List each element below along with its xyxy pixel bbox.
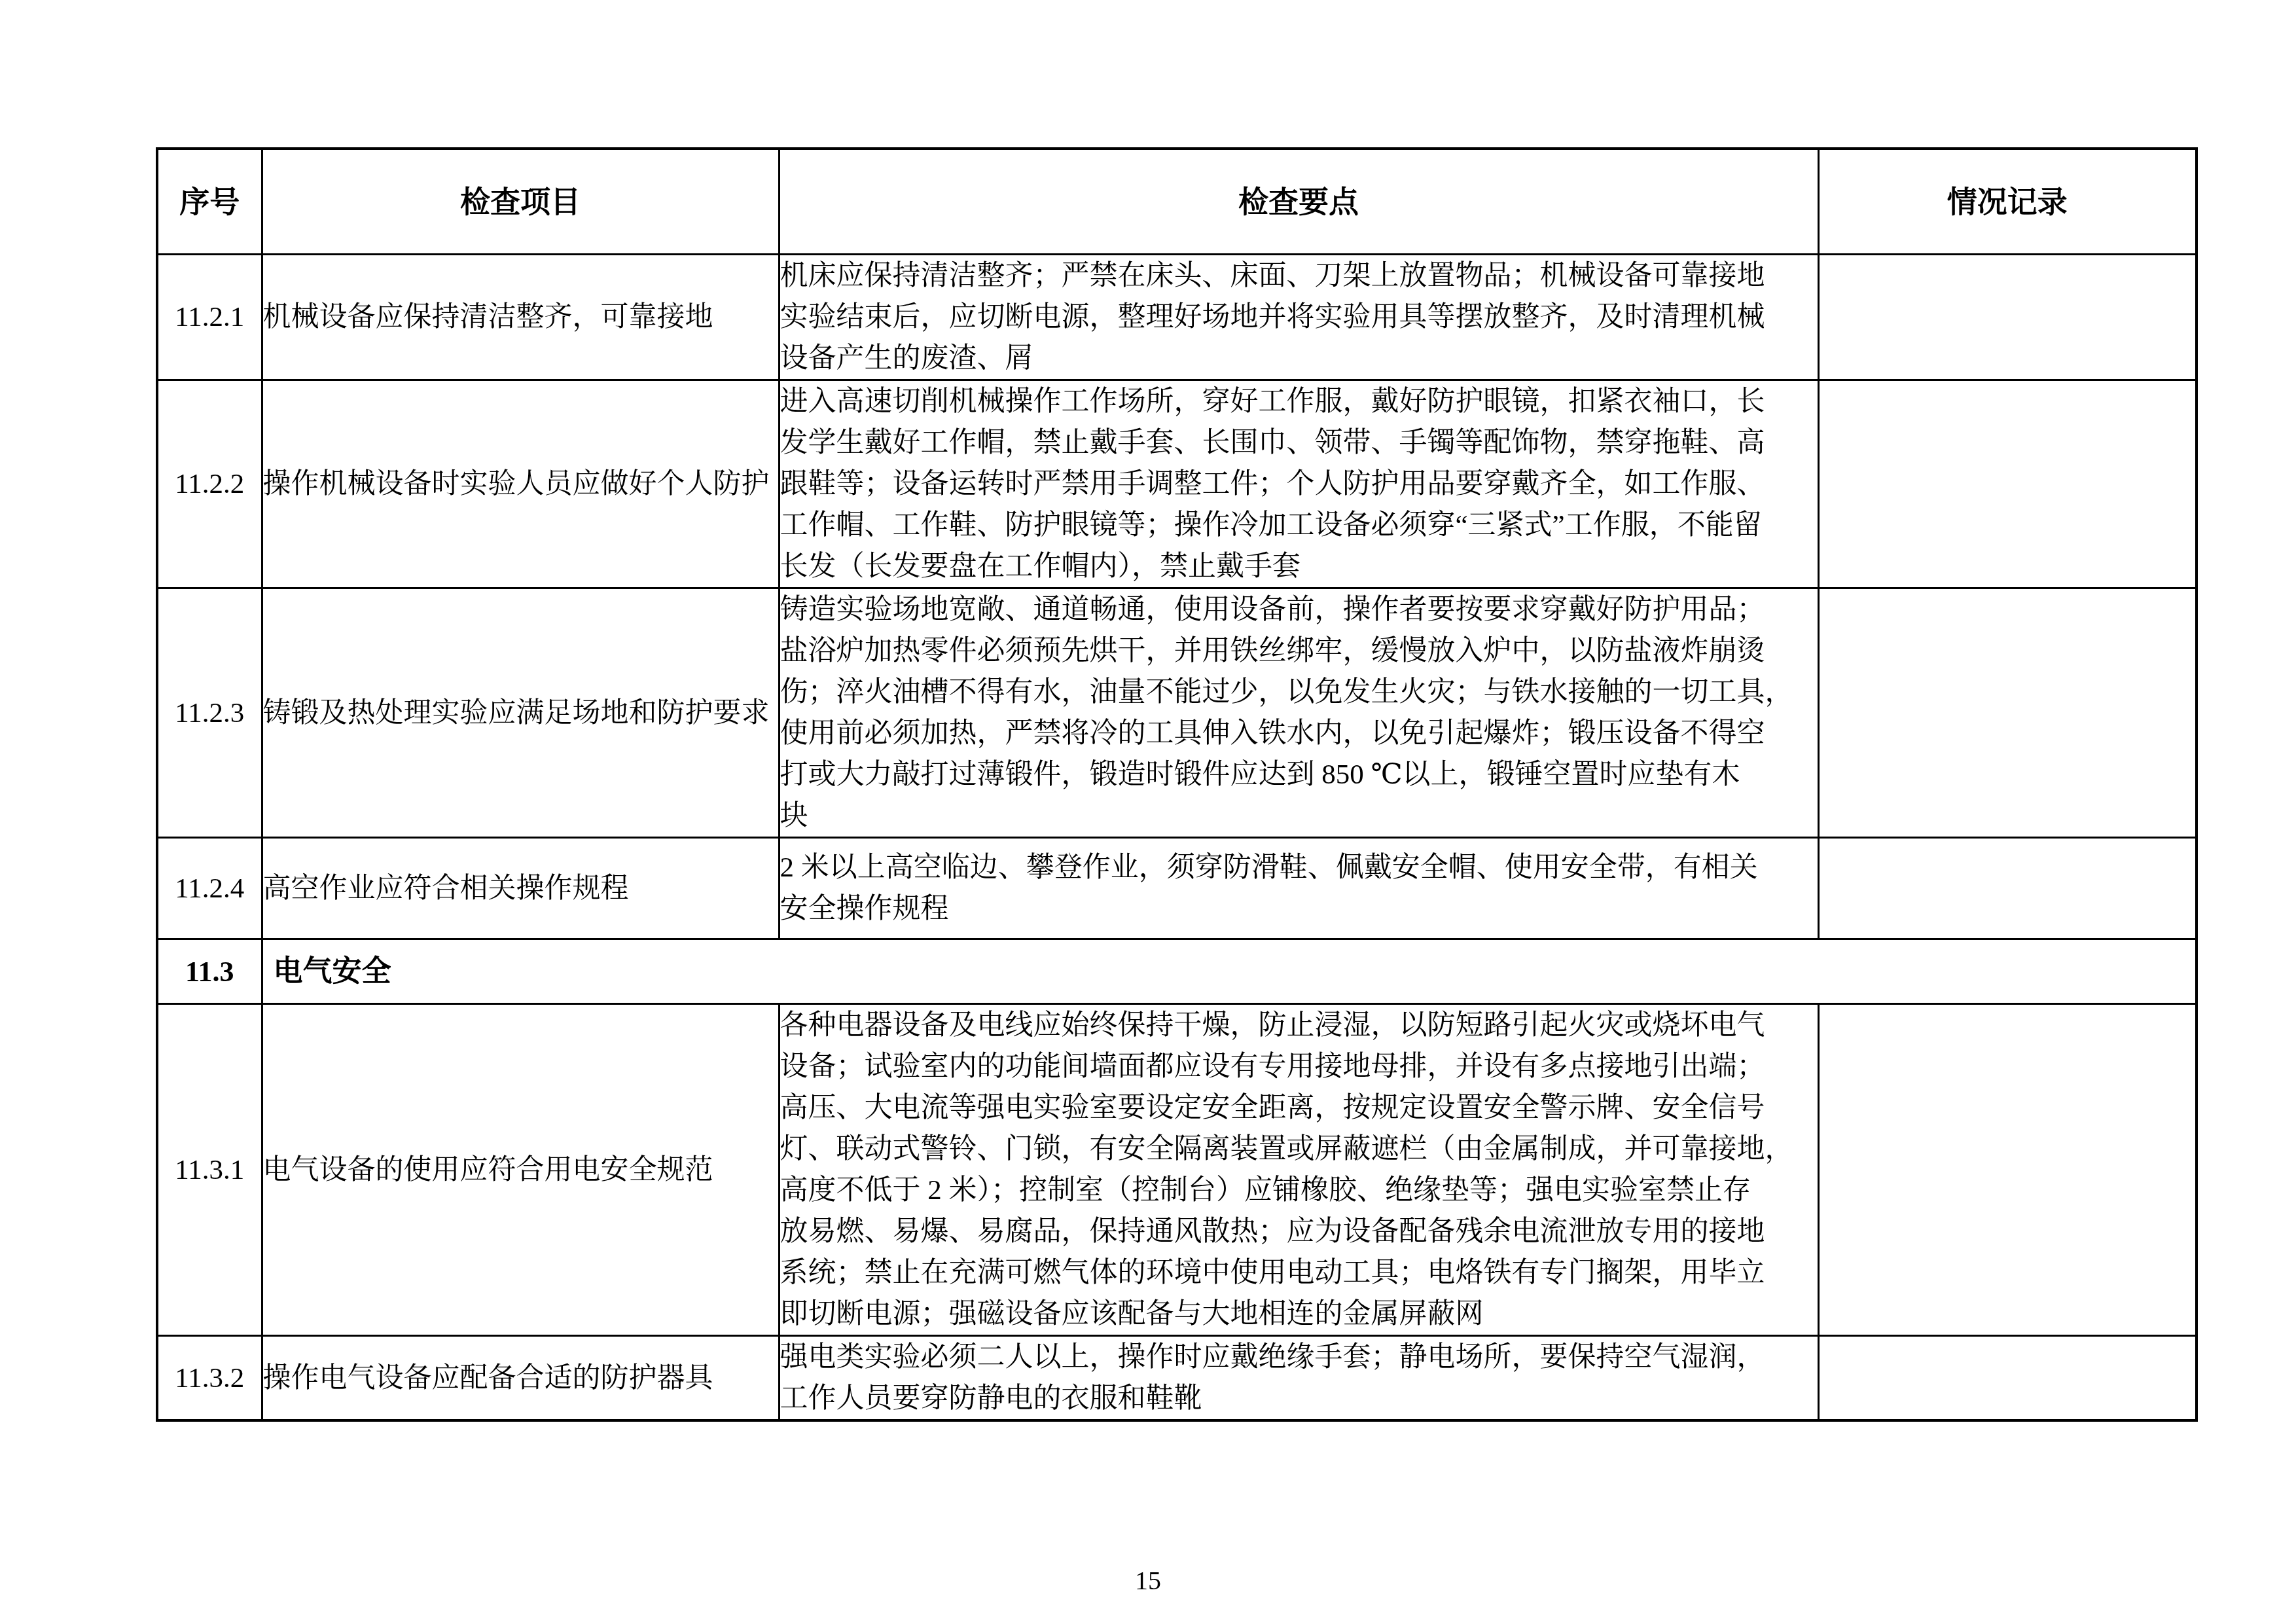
row-item: 高空作业应符合相关操作规程 — [262, 838, 779, 939]
section-title: 电气安全 — [262, 939, 2197, 1004]
row-record — [1818, 1336, 2197, 1421]
row-points: 2 米以上高空临边、攀登作业，须穿防滑鞋、佩戴安全帽、使用安全带，有相关 安全操… — [779, 838, 1818, 939]
section-row: 11.3 电气安全 — [157, 939, 2197, 1004]
row-points: 各种电器设备及电线应始终保持干燥，防止浸湿，以防短路引起火灾或烧坏电气 设备；试… — [779, 1004, 1818, 1336]
row-record — [1818, 1004, 2197, 1336]
header-row: 序号 检查项目 检查要点 情况记录 — [157, 149, 2197, 255]
inspection-table-body: 序号 检查项目 检查要点 情况记录 11.2.1 机械设备应保持清洁整齐，可靠接… — [157, 149, 2197, 1420]
table-row: 11.2.4 高空作业应符合相关操作规程 2 米以上高空临边、攀登作业，须穿防滑… — [157, 838, 2197, 939]
row-no: 11.2.2 — [157, 380, 262, 588]
row-points: 进入高速切削机械操作工作场所，穿好工作服，戴好防护眼镜，扣紧衣袖口，长 发学生戴… — [779, 380, 1818, 588]
table-row: 11.2.3 铸锻及热处理实验应满足场地和防护要求 铸造实验场地宽敞、通道畅通，… — [157, 588, 2197, 838]
page-number: 15 — [0, 1568, 2296, 1594]
table-row: 11.3.2 操作电气设备应配备合适的防护器具 强电类实验必须二人以上，操作时应… — [157, 1336, 2197, 1421]
row-no: 11.3.2 — [157, 1336, 262, 1421]
row-points: 机床应保持清洁整齐；严禁在床头、床面、刀架上放置物品；机械设备可靠接地 实验结束… — [779, 255, 1818, 380]
table-row: 11.2.2 操作机械设备时实验人员应做好个人防护 进入高速切削机械操作工作场所… — [157, 380, 2197, 588]
row-no: 11.2.3 — [157, 588, 262, 838]
column-header-no: 序号 — [157, 149, 262, 255]
inspection-table-wrapper: 序号 检查项目 检查要点 情况记录 11.2.1 机械设备应保持清洁整齐，可靠接… — [156, 147, 2195, 1422]
table-row: 11.2.1 机械设备应保持清洁整齐，可靠接地 机床应保持清洁整齐；严禁在床头、… — [157, 255, 2197, 380]
row-no: 11.2.4 — [157, 838, 262, 939]
row-record — [1818, 588, 2197, 838]
row-record — [1818, 838, 2197, 939]
inspection-table: 序号 检查项目 检查要点 情况记录 11.2.1 机械设备应保持清洁整齐，可靠接… — [156, 147, 2198, 1422]
column-header-item: 检查项目 — [262, 149, 779, 255]
column-header-record: 情况记录 — [1818, 149, 2197, 255]
row-no: 11.3.1 — [157, 1004, 262, 1336]
row-item: 机械设备应保持清洁整齐，可靠接地 — [262, 255, 779, 380]
row-item: 电气设备的使用应符合用电安全规范 — [262, 1004, 779, 1336]
row-record — [1818, 255, 2197, 380]
section-no: 11.3 — [157, 939, 262, 1004]
row-points: 铸造实验场地宽敞、通道畅通，使用设备前，操作者要按要求穿戴好防护用品； 盐浴炉加… — [779, 588, 1818, 838]
row-no: 11.2.1 — [157, 255, 262, 380]
column-header-points: 检查要点 — [779, 149, 1818, 255]
row-item: 操作电气设备应配备合适的防护器具 — [262, 1336, 779, 1421]
row-record — [1818, 380, 2197, 588]
document-page: 序号 检查项目 检查要点 情况记录 11.2.1 机械设备应保持清洁整齐，可靠接… — [0, 0, 2296, 1624]
row-item: 铸锻及热处理实验应满足场地和防护要求 — [262, 588, 779, 838]
row-points: 强电类实验必须二人以上，操作时应戴绝缘手套；静电场所，要保持空气湿润， 工作人员… — [779, 1336, 1818, 1421]
table-row: 11.3.1 电气设备的使用应符合用电安全规范 各种电器设备及电线应始终保持干燥… — [157, 1004, 2197, 1336]
row-item: 操作机械设备时实验人员应做好个人防护 — [262, 380, 779, 588]
